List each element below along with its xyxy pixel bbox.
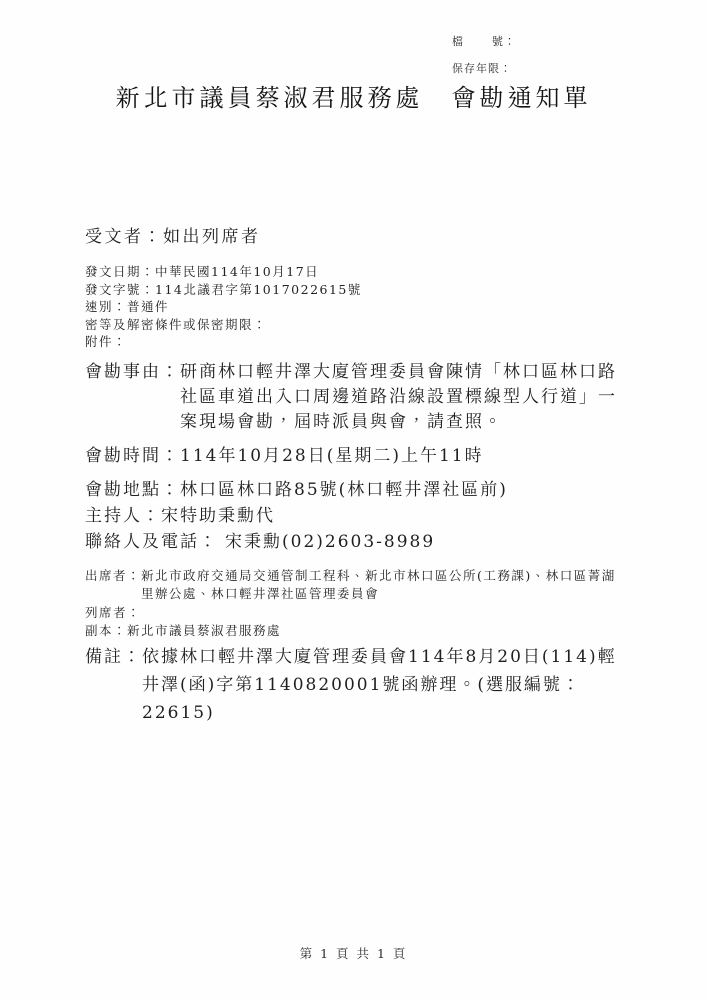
attachment-line: 附件： xyxy=(85,333,629,351)
host-value: 宋特助秉勳代 xyxy=(161,505,629,527)
inspection-location-row: 會勘地點： 林口區林口路85號(林口輕井澤社區前) xyxy=(85,477,629,503)
issue-number-line: 發文字號：114北議君字第1017022615號 xyxy=(85,281,629,299)
cc-row: 副本： 新北市議員蔡淑君服務處 xyxy=(85,622,629,640)
attendees-label: 出席者： xyxy=(85,567,141,586)
file-number-row: 檔 號： xyxy=(452,33,516,49)
archive-number-box: 檔 號： 保存年限： xyxy=(452,33,516,76)
security-class-line: 密等及解密條件或保密期限： xyxy=(85,316,629,334)
contact-value: 宋秉勳(02)2603-8989 xyxy=(218,530,629,554)
document-page: 檔 號： 保存年限： 新北市議員蔡淑君服務處 會勘通知單 受文者： 如出列席者 … xyxy=(0,0,707,1000)
file-number-label-left: 檔 xyxy=(452,33,464,49)
contact-label: 聯絡人及電話： xyxy=(85,530,218,554)
recipient-row: 受文者： 如出列席者 xyxy=(85,225,629,249)
page-number: 第 1 頁 共 1 頁 xyxy=(0,944,707,962)
recipient-label: 受文者： xyxy=(85,225,163,249)
document-title: 新北市議員蔡淑君服務處 會勘通知單 xyxy=(0,0,707,113)
issue-date-line: 發文日期：中華民國114年10月17日 xyxy=(85,263,629,281)
inspection-subject-text: 研商林口輕井澤大廈管理委員會陳情「林口區林口路社區車道出入口周邊道路沿線設置標線… xyxy=(180,360,629,435)
contact-row: 聯絡人及電話： 宋秉勳(02)2603-8989 xyxy=(85,530,629,554)
cc-label: 副本： xyxy=(85,622,127,640)
inspection-subject-label: 會勘事由： xyxy=(85,360,180,385)
attendees-row: 出席者： 新北市政府交通局交通管制工程科、新北市林口區公所(工務課)、林口區菁湖… xyxy=(85,567,629,604)
cc-value: 新北市議員蔡淑君服務處 xyxy=(127,622,629,640)
doc-info-block: 發文日期：中華民國114年10月17日 發文字號：114北議君字第1017022… xyxy=(85,263,629,351)
retention-period-label: 保存年限： xyxy=(452,60,516,76)
observers-row: 列席者： xyxy=(85,604,629,622)
attendees-list: 新北市政府交通局交通管制工程科、新北市林口區公所(工務課)、林口區菁湖里辦公處、… xyxy=(141,567,629,604)
document-body: 受文者： 如出列席者 發文日期：中華民國114年10月17日 發文字號：114北… xyxy=(0,225,707,727)
inspection-time-label: 會勘時間： xyxy=(85,443,180,469)
recipient-value: 如出列席者 xyxy=(163,225,629,249)
file-number-label-right: 號： xyxy=(492,33,516,49)
host-label: 主持人： xyxy=(85,505,161,527)
inspection-time-value: 114年10月28日(星期二)上午11時 xyxy=(180,443,629,469)
inspection-location-value: 林口區林口路85號(林口輕井澤社區前) xyxy=(180,477,629,503)
remarks-label: 備註： xyxy=(85,643,142,671)
remarks-text: 依據林口輕井澤大廈管理委員會114年8月20日(114)輕井澤(函)字第1140… xyxy=(142,643,629,727)
inspection-time-row: 會勘時間： 114年10月28日(星期二)上午11時 xyxy=(85,443,629,469)
host-row: 主持人： 宋特助秉勳代 xyxy=(85,505,629,527)
remarks-row: 備註： 依據林口輕井澤大廈管理委員會114年8月20日(114)輕井澤(函)字第… xyxy=(85,643,629,727)
priority-line: 速別：普通件 xyxy=(85,298,629,316)
inspection-subject-row: 會勘事由： 研商林口輕井澤大廈管理委員會陳情「林口區林口路社區車道出入口周邊道路… xyxy=(85,360,629,435)
observers-label: 列席者： xyxy=(85,604,141,622)
inspection-location-label: 會勘地點： xyxy=(85,477,180,503)
